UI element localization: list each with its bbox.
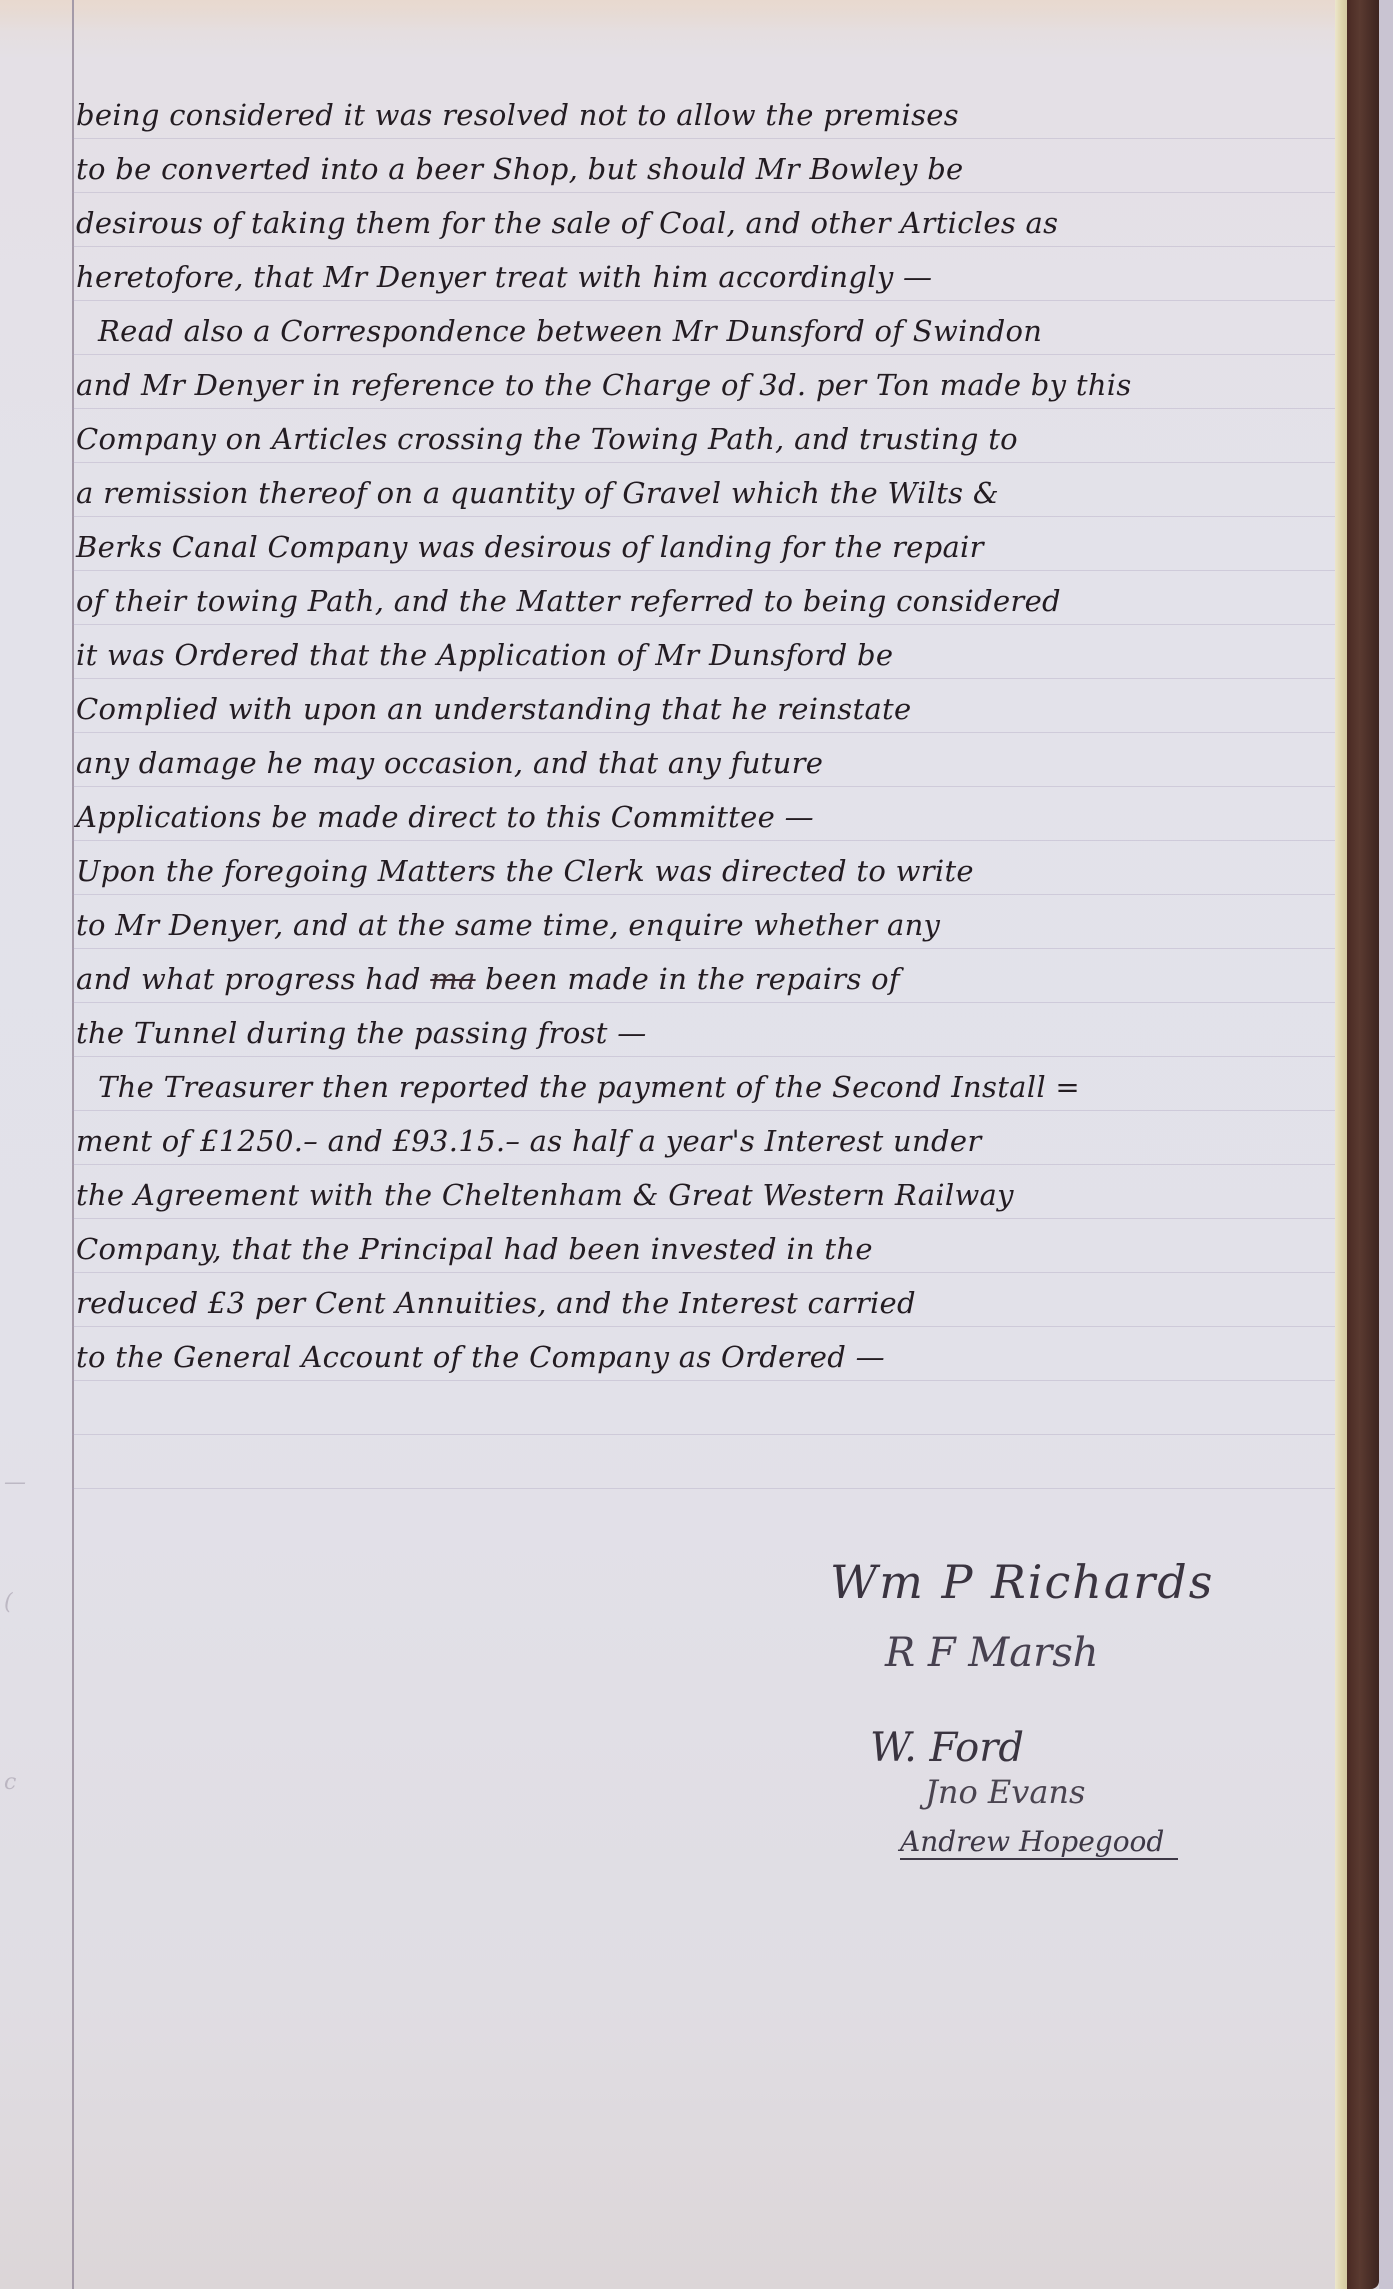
ruled-line — [72, 1488, 1337, 1489]
manuscript-line: desirous of taking them for the sale of … — [76, 196, 1336, 250]
manuscript-line: any damage he may occasion, and that any… — [76, 736, 1336, 790]
signature: R F Marsh — [885, 1630, 1099, 1676]
signature: W. Ford — [870, 1725, 1024, 1771]
signature: Andrew Hopegood — [900, 1825, 1178, 1860]
manuscript-line: a remission thereof on a quantity of Gra… — [76, 466, 1336, 520]
manuscript-line: Upon the foregoing Matters the Clerk was… — [76, 844, 1336, 898]
manuscript-line: Applications be made direct to this Comm… — [76, 790, 1336, 844]
line-text-after: been made in the repairs of — [476, 962, 900, 996]
manuscript-line-paragraph-start: The Treasurer then reported the payment … — [76, 1060, 1336, 1114]
signature: Jno Evans — [925, 1773, 1085, 1811]
gilt-page-edge — [1335, 0, 1347, 2289]
manuscript-line: Berks Canal Company was desirous of land… — [76, 520, 1336, 574]
signature: Wm P Richards — [830, 1555, 1214, 1609]
manuscript-line: being considered it was resolved not to … — [76, 88, 1336, 142]
manuscript-line: heretofore, that Mr Denyer treat with hi… — [76, 250, 1336, 304]
manuscript-line: to Mr Denyer, and at the same time, enqu… — [76, 898, 1336, 952]
manuscript-line: Company on Articles crossing the Towing … — [76, 412, 1336, 466]
manuscript-line: to the General Account of the Company as… — [76, 1330, 1336, 1384]
manuscript-line: to be converted into a beer Shop, but sh… — [76, 142, 1336, 196]
book-binding — [1347, 0, 1379, 2289]
manuscript-line: of their towing Path, and the Matter ref… — [76, 574, 1336, 628]
manuscript-line: it was Ordered that the Application of M… — [76, 628, 1336, 682]
manuscript-line: Complied with upon an understanding that… — [76, 682, 1336, 736]
bleed-through-mark: — — [4, 1470, 26, 1495]
manuscript-line-with-strikeout: and what progress had ma been made in th… — [76, 952, 1336, 1006]
manuscript-line: Company, that the Principal had been inv… — [76, 1222, 1336, 1276]
manuscript-line: the Tunnel during the passing frost — — [76, 1006, 1336, 1060]
background-surface — [1379, 0, 1393, 2289]
bleed-through-mark: c — [4, 1770, 16, 1795]
ruled-line — [72, 1434, 1337, 1435]
minutes-text: being considered it was resolved not to … — [76, 88, 1336, 1384]
manuscript-line-paragraph-start: Read also a Correspondence between Mr Du… — [76, 304, 1336, 358]
manuscript-line: the Agreement with the Cheltenham & Grea… — [76, 1168, 1336, 1222]
manuscript-line: and Mr Denyer in reference to the Charge… — [76, 358, 1336, 412]
left-margin-rule — [72, 0, 74, 2289]
manuscript-line: reduced £3 per Cent Annuities, and the I… — [76, 1276, 1336, 1330]
manuscript-line: ment of £1250.– and £93.15.– as half a y… — [76, 1114, 1336, 1168]
bleed-through-mark: ( — [4, 1590, 13, 1615]
struck-out-word: ma — [430, 962, 475, 996]
line-text-before: and what progress had — [76, 962, 430, 996]
ledger-page: — ( c being considered it was resolved n… — [0, 0, 1345, 2289]
page-top-discoloration — [0, 0, 1345, 30]
